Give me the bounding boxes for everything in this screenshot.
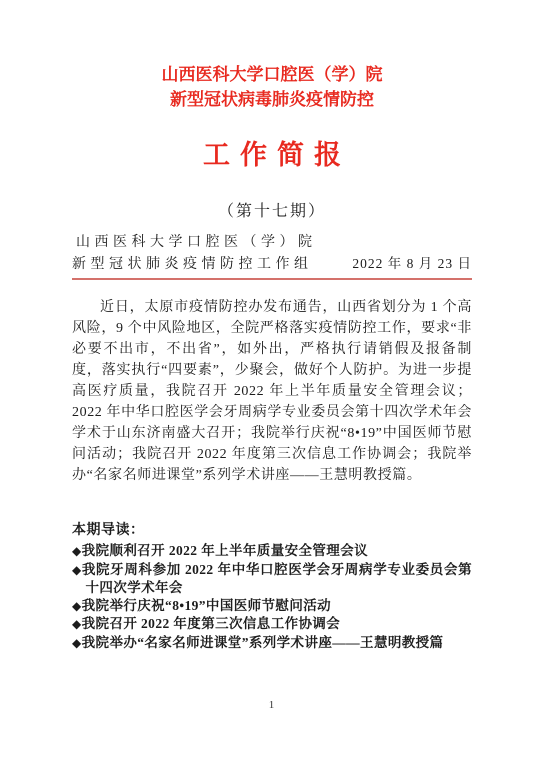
document-title: 工作简报 xyxy=(72,133,472,172)
document-date: 2022 年 8 月 23 日 xyxy=(352,254,472,273)
digest-section: 本期导读： ◆我院顺利召开 2022 年上半年质量安全管理会议 ◆我院牙周科参加… xyxy=(72,522,472,652)
diamond-bullet-icon: ◆ xyxy=(72,617,82,631)
summary-paragraph: 近日，太原市疫情防控办发布通告，山西省划分为 1 个高风险，9 个中风险地区，全… xyxy=(72,297,472,486)
issuer-org-name: 山西医科大学口腔医（学）院 xyxy=(72,233,472,252)
digest-item: ◆我院顺利召开 2022 年上半年质量安全管理会议 xyxy=(72,542,472,561)
page-number: 1 xyxy=(0,699,543,711)
issuer-line: 新型冠状肺炎疫情防控工作组 2022 年 8 月 23 日 xyxy=(72,254,472,274)
document-page: 山西医科大学口腔医（学）院 新型冠状病毒肺炎疫情防控 工作简报 （第十七期） 山… xyxy=(0,0,543,768)
diamond-bullet-icon: ◆ xyxy=(72,599,82,613)
digest-item: ◆我院牙周科参加 2022 年中华口腔医学会牙周病学专业委员会第十四次学术年会 xyxy=(72,561,472,597)
org-title-line1: 山西医科大学口腔医（学）院 xyxy=(72,62,472,87)
issuer-group-name: 新型冠状肺炎疫情防控工作组 xyxy=(72,255,313,274)
digest-item-text: 我院召开 2022 年度第三次信息工作协调会 xyxy=(82,616,341,631)
digest-item-text: 我院牙周科参加 2022 年中华口腔医学会牙周病学专业委员会第十四次学术年会 xyxy=(82,562,472,596)
digest-item: ◆我院召开 2022 年度第三次信息工作协调会 xyxy=(72,615,472,634)
digest-item: ◆我院举办“名家名师进课堂”系列学术讲座——王慧明教授篇 xyxy=(72,634,472,653)
digest-item: ◆我院举行庆祝“8•19”中国医师节慰问活动 xyxy=(72,597,472,616)
digest-item-text: 我院顺利召开 2022 年上半年质量安全管理会议 xyxy=(82,543,368,558)
digest-item-text: 我院举办“名家名师进课堂”系列学术讲座——王慧明教授篇 xyxy=(82,635,444,650)
diamond-bullet-icon: ◆ xyxy=(72,563,82,577)
digest-item-text: 我院举行庆祝“8•19”中国医师节慰问活动 xyxy=(82,598,331,613)
diamond-bullet-icon: ◆ xyxy=(72,544,82,558)
digest-list: ◆我院顺利召开 2022 年上半年质量安全管理会议 ◆我院牙周科参加 2022 … xyxy=(72,542,472,652)
issue-number: （第十七期） xyxy=(72,198,472,221)
issuer-block: 山西医科大学口腔医（学）院 新型冠状肺炎疫情防控工作组 2022 年 8 月 2… xyxy=(72,233,472,280)
org-title-line2: 新型冠状病毒肺炎疫情防控 xyxy=(72,87,472,112)
diamond-bullet-icon: ◆ xyxy=(72,636,82,650)
digest-title: 本期导读： xyxy=(72,522,472,540)
